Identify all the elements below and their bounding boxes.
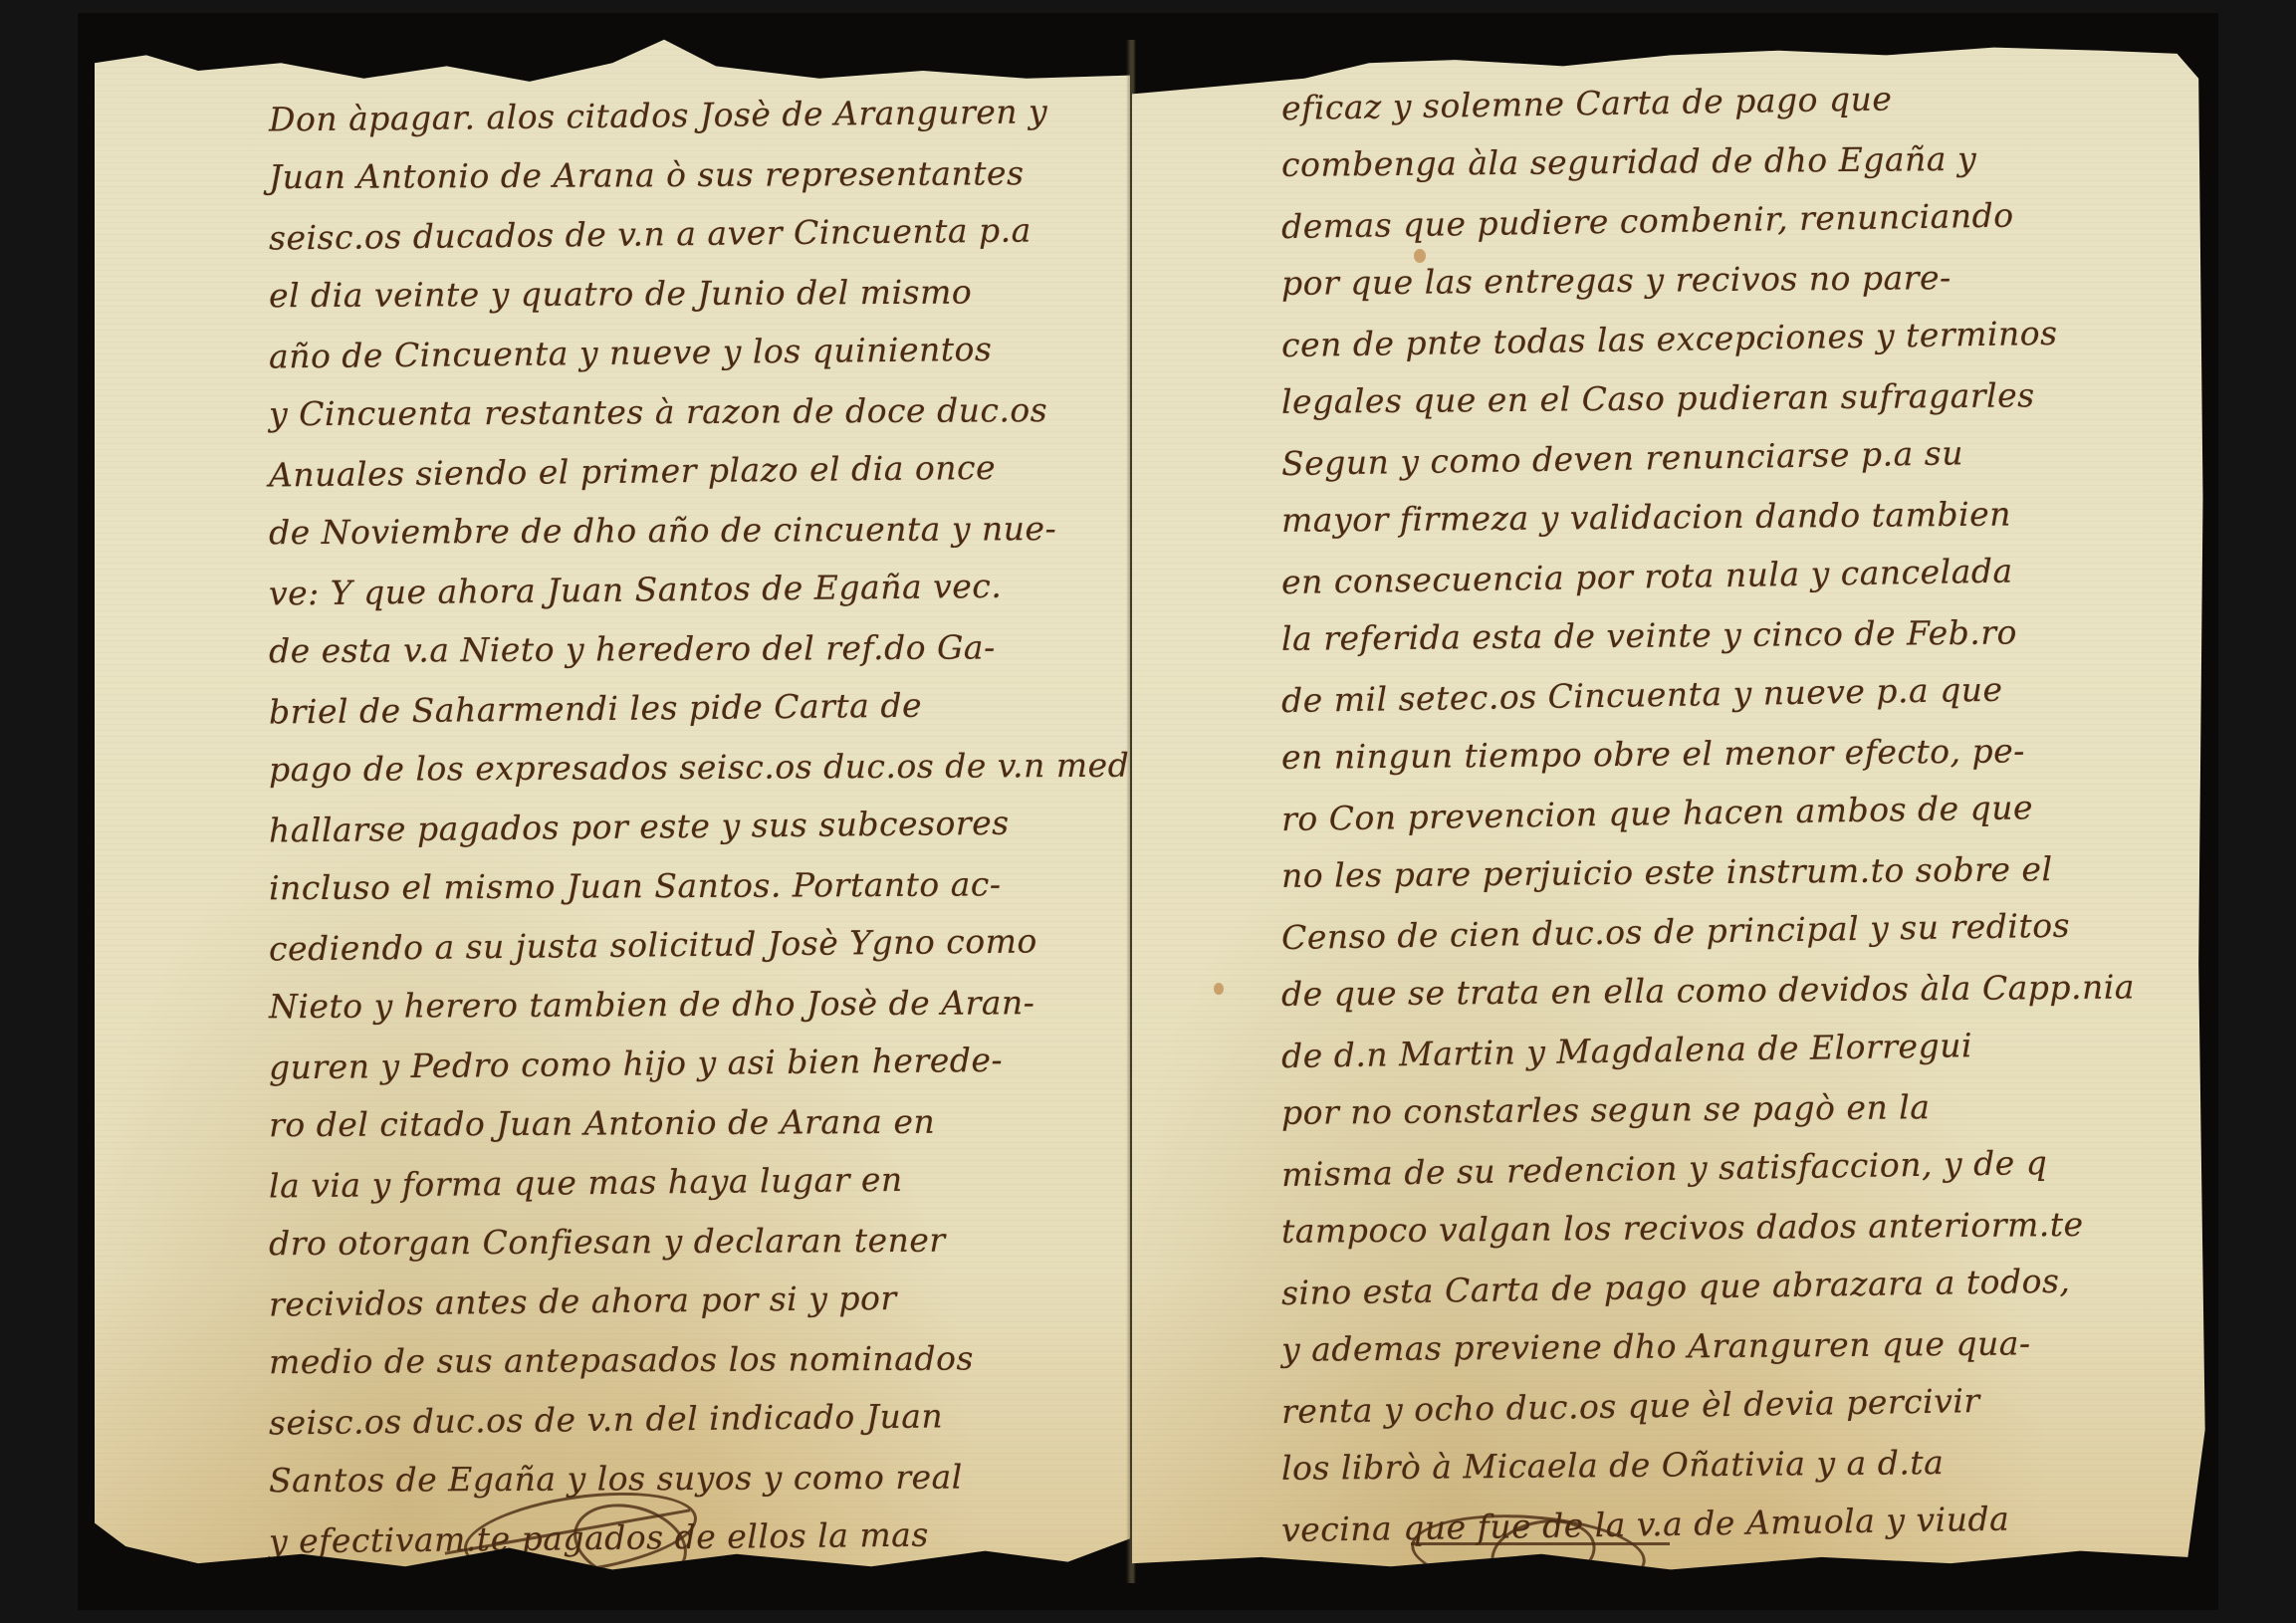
rubric-stroke [1411,1542,1670,1545]
manuscript-line: el dia veinte y quatro de Junio del mism… [269,261,1125,325]
manuscript-line: cediendo a su justa solicitud Josè Ygno … [269,910,1126,979]
manuscript-line: en consecuencia por rota nula y cancelad… [1281,539,2179,612]
manuscript-line: la via y forma que mas haya lugar en [269,1147,1126,1216]
manuscript-line: sino esta Carta de pago que abrazara a t… [1281,1250,2179,1323]
manuscript-line: de esta v.a Nieto y heredero del ref.do … [269,616,1125,680]
manuscript-line: cen de pnte todas las excepciones y term… [1281,302,2179,375]
manuscript-line: renta y ocho duc.os que èl devia percivi… [1281,1368,2179,1442]
right-page: eficaz y solemne Carta de pago que combe… [1132,32,2209,1585]
manuscript-line: Santos de Egaña y los suyos y como real [269,1446,1125,1509]
left-page: Don àpagar. alos citados Josè de Arangur… [95,32,1130,1585]
manuscript-line: Nieto y herero tambien de dho Josè de Ar… [269,972,1125,1036]
manuscript-line: Juan Antonio de Arana ò sus representant… [269,142,1125,206]
manuscript-line: en ningun tiempo obre el menor efecto, p… [1281,720,2178,787]
manuscript-line: ve: Y que ahora Juan Santos de Egaña vec… [269,555,1126,623]
manuscript-line: la referida esta de veinte y cinco de Fe… [1281,601,2178,668]
document-viewer: Don àpagar. alos citados Josè de Arangur… [0,0,2296,1623]
right-page-text: eficaz y solemne Carta de pago que combe… [1281,72,2178,1553]
manuscript-line: por no constarles segun se pagò en la [1281,1075,2178,1142]
manuscript-line: los librò à Micaela de Oñativia y a d.ta [1281,1431,2178,1498]
manuscript-line: Segun y como deven renunciarse p.a su [1281,420,2179,494]
manuscript-line: legales que en el Caso pudieran sufragar… [1281,364,2178,431]
ink-stain [1214,983,1224,995]
left-page-text: Don àpagar. alos citados Josè de Arangur… [269,86,1125,1567]
manuscript-line: misma de su redencion y satisfaccion, y … [1281,1131,2179,1205]
manuscript-line: y ademas previene dho Aranguren que qua- [1281,1312,2178,1379]
manuscript-line: incluso el mismo Juan Santos. Portanto a… [269,853,1125,917]
manuscript-line: Censo de cien duc.os de principal y su r… [1281,894,2179,968]
manuscript-line: de mil setec.os Cincuenta y nueve p.a qu… [1281,657,2179,731]
manuscript-line: dro otorgan Confiesan y declaran tener [269,1209,1125,1273]
manuscript-line: Anuales siendo el primer plazo el dia on… [269,436,1126,505]
manuscript-line: eficaz y solemne Carta de pago que [1281,65,2179,138]
manuscript-line: seisc.os duc.os de v.n del indicado Juan [269,1384,1126,1453]
manuscript-line: ro del citado Juan Antonio de Arana en [269,1090,1125,1154]
manuscript-line: briel de Saharmendi les pide Carta de [269,673,1126,742]
manuscript-line: recividos antes de ahora por si y por [269,1266,1126,1334]
manuscript-line: año de Cincuenta y nueve y los quiniento… [269,318,1126,386]
manuscript-line: de que se trata en ella como devidos àla… [1281,957,2178,1024]
ink-stain [1414,249,1426,263]
manuscript-line: no les pare perjuicio este instrum.to so… [1281,838,2178,905]
manuscript-line: tampoco valgan los recivos dados anterio… [1281,1194,2178,1261]
manuscript-line: seisc.os ducados de v.n a aver Cincuenta… [269,199,1126,268]
manuscript-line: y Cincuenta restantes à razon de doce du… [269,379,1125,443]
manuscript-line: ro Con prevencion que hacen ambos de que [1281,776,2179,849]
manuscript-line: demas que pudiere combenir, renunciando [1281,183,2179,257]
manuscript-line: Don àpagar. alos citados Josè de Arangur… [269,81,1126,149]
manuscript-line: pago de los expresados seisc.os duc.os d… [269,735,1125,799]
manuscript-line: de d.n Martin y Magdalena de Elorregui [1281,1013,2179,1086]
manuscript-line: mayor firmeza y validacion dando tambien [1281,483,2178,550]
manuscript-line: guren y Pedro como hijo y asi bien hered… [269,1029,1126,1097]
manuscript-line: hallarse pagados por este y sus subcesor… [269,792,1126,860]
manuscript-line: combenga àla seguridad de dho Egaña y [1281,127,2178,194]
manuscript-line: de Noviembre de dho año de cincuenta y n… [269,498,1125,562]
manuscript-line: medio de sus antepasados los nominados [269,1327,1125,1391]
